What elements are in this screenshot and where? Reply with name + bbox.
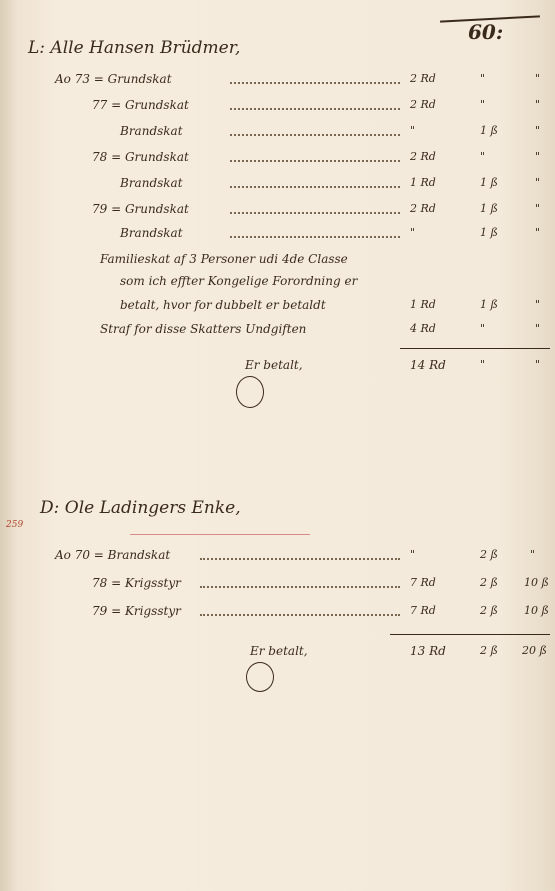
note-line: betalt, hvor for dubbelt er betaldt [120,298,326,312]
amount-sk: " [535,322,540,335]
amount-sk: " [535,226,540,239]
leader-dots [230,134,400,136]
total-label: Er betalt, [245,358,303,372]
amount-sk: " [535,176,540,189]
amount-rd: " [410,548,415,561]
entry-label: 77 = Grundskat [92,98,189,112]
amount-mk: 1 ß [480,298,498,311]
amount-sk: " [535,72,540,85]
amount-sk: 10 ß [524,576,549,589]
note-line: Familieskat af 3 Personer udi 4de Classe [100,252,348,266]
sum-rule [390,634,550,635]
amount-mk: " [480,322,485,335]
entry-label: Ao 70 = Brandskat [55,548,170,562]
entry-label: 79 = Grundskat [92,202,189,216]
amount-sk: " [535,298,540,311]
total-mk: 2 ß [480,644,498,657]
entry-label: Brandskat [120,124,183,138]
entry-label: 79 = Krigsstyr [92,604,181,618]
total-rd: 13 Rd [410,644,446,658]
red-underline [130,534,310,535]
amount-rd: 1 Rd [410,176,436,189]
amount-rd: 7 Rd [410,576,436,589]
total-sk: 20 ß [522,644,547,657]
total-mk: " [480,358,485,371]
leader-dots [230,160,400,162]
leader-dots [200,586,400,588]
amount-mk: 1 ß [480,124,498,137]
entry-label: 78 = Krigsstyr [92,576,181,590]
amount-mk: 1 ß [480,226,498,239]
section2-heading: D: Ole Ladingers Enke, [40,498,241,518]
leader-dots [200,558,400,560]
amount-rd: " [410,124,415,137]
entry-label: Brandskat [120,176,183,190]
flourish-mark [236,376,264,408]
amount-mk: " [480,72,485,85]
total-rd: 14 Rd [410,358,446,372]
amount-sk: " [535,150,540,163]
amount-rd: 4 Rd [410,322,436,335]
manuscript-page: 60: L: Alle Hansen Brüdmer, Ao 73 = Grun… [0,0,555,891]
amount-rd: 7 Rd [410,604,436,617]
note-line: Straf for disse Skatters Undgiften [100,322,306,336]
entry-label: Brandskat [120,226,183,240]
amount-rd: 2 Rd [410,72,436,85]
entry-label: 78 = Grundskat [92,150,189,164]
amount-mk: 2 ß [480,548,498,561]
amount-rd: 2 Rd [410,98,436,111]
amount-sk: " [535,98,540,111]
amount-sk: " [530,548,535,561]
amount-sk: " [535,202,540,215]
note-line: som ich effter Kongelige Forordning er [120,274,357,288]
section1-heading: L: Alle Hansen Brüdmer, [28,38,240,58]
flourish-mark [246,662,274,692]
amount-mk: " [480,98,485,111]
leader-dots [230,82,400,84]
amount-mk: 1 ß [480,176,498,189]
leader-dots [230,186,400,188]
margin-note: 259 [6,520,23,530]
total-label: Er betalt, [250,644,308,658]
amount-rd: " [410,226,415,239]
amount-mk: 2 ß [480,604,498,617]
amount-mk: " [480,150,485,163]
amount-rd: 2 Rd [410,150,436,163]
amount-sk: " [535,124,540,137]
leader-dots [230,212,400,214]
amount-rd: 2 Rd [410,202,436,215]
leader-dots [230,108,400,110]
entry-label: Ao 73 = Grundskat [55,72,172,86]
page-number: 60: [468,20,503,44]
total-sk: " [535,358,540,371]
leader-dots [200,614,400,616]
leader-dots [230,236,400,238]
sum-rule [400,348,550,349]
amount-rd: 1 Rd [410,298,436,311]
amount-sk: 10 ß [524,604,549,617]
amount-mk: 1 ß [480,202,498,215]
amount-mk: 2 ß [480,576,498,589]
